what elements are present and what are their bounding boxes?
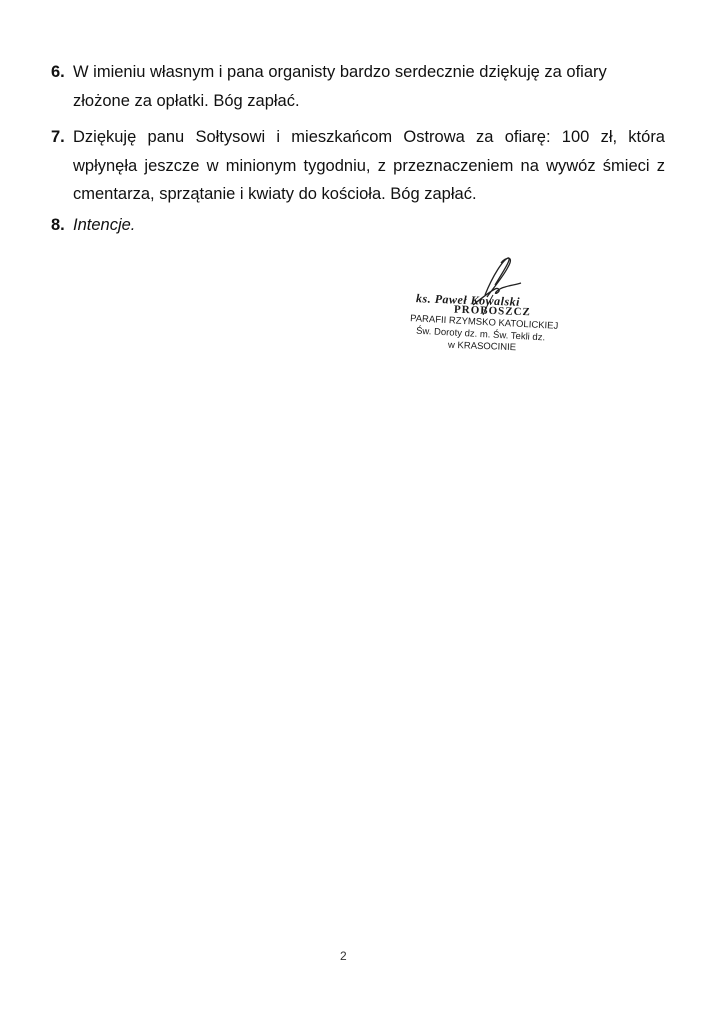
stamp-location: w KRASOCINIE xyxy=(448,340,516,353)
announcement-item-6: 6. W imieniu własnym i pana organisty ba… xyxy=(51,58,671,115)
item-number: 6. xyxy=(51,58,65,87)
pastor-stamp: ks. Paweł Kowalski PROBOSZCZ PARAFII RZY… xyxy=(408,255,578,360)
announcement-item-7: 7. Dziękuję panu Sołtysowi i mieszkańcom… xyxy=(51,123,671,209)
item-number: 7. xyxy=(51,123,65,152)
page-number: 2 xyxy=(340,949,347,963)
item-text: Dziękuję panu Sołtysowi i mieszkańcom Os… xyxy=(73,123,665,209)
item-number: 8. xyxy=(51,211,65,240)
item-text: W imieniu własnym i pana organisty bardz… xyxy=(73,58,658,115)
announcement-item-8: 8. Intencje. xyxy=(51,211,671,240)
item-text: Intencje. xyxy=(73,211,671,240)
